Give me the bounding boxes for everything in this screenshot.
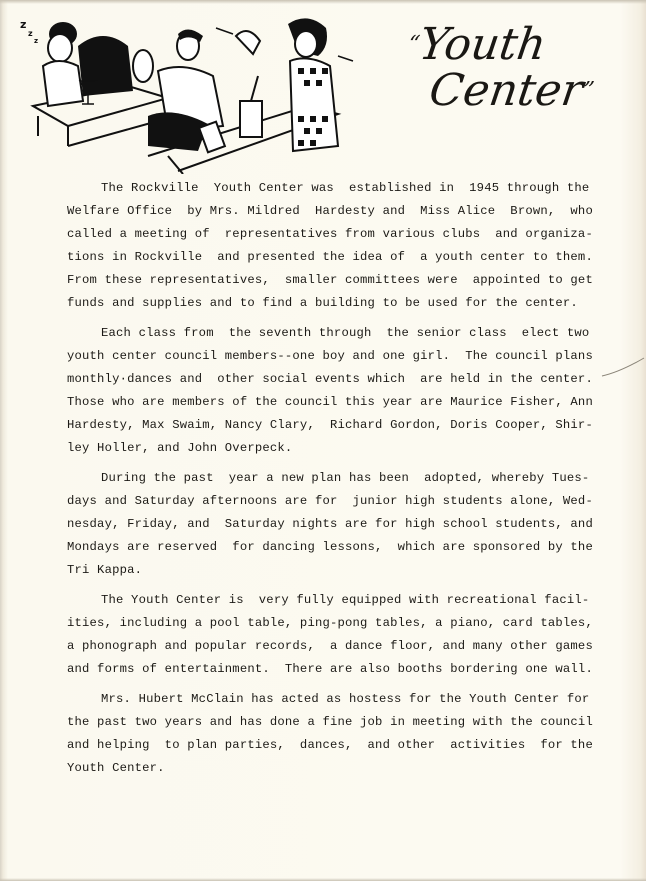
title-line-2: Center: [426, 65, 586, 116]
text-line: During the past year a new plan has been…: [67, 467, 565, 490]
sleeping-boy-figure: z z z: [20, 18, 83, 106]
soda-fountain-cartoon-illustration: z z z: [8, 6, 358, 174]
boy-on-stool-figure: [148, 29, 225, 152]
text-line: Mrs. Hubert McClain has acted as hostess…: [67, 688, 565, 711]
text-line: Tri Kappa.: [67, 559, 565, 582]
text-line: funds and supplies and to find a buildin…: [67, 292, 565, 315]
text-line: The Youth Center is very fully equipped …: [67, 589, 565, 612]
page-title: “Youth Center”: [379, 22, 604, 114]
girl-in-checkered-dress-figure: [236, 18, 338, 151]
svg-text:z: z: [34, 37, 38, 45]
text-line: From these representatives, smaller comm…: [67, 269, 565, 292]
paragraph-1: The Rockville Youth Center was establish…: [67, 177, 565, 315]
pencil-mark: [600, 350, 646, 380]
paragraph-3: During the past year a new plan has been…: [67, 467, 565, 582]
text-line: ley Holler, and John Overpeck.: [67, 437, 565, 460]
text-line: monthly·dances and other social events w…: [67, 368, 565, 391]
text-line: The Rockville Youth Center was establish…: [67, 177, 565, 200]
text-line: youth center council members--one boy an…: [67, 345, 565, 368]
text-line: Each class from the seventh through the …: [67, 322, 565, 345]
title-line-1: Youth: [416, 19, 549, 70]
svg-text:z: z: [28, 29, 33, 38]
text-line: and helping to plan parties, dances, and…: [67, 734, 565, 757]
text-line: days and Saturday afternoons are for jun…: [67, 490, 565, 513]
text-line: Those who are members of the council thi…: [67, 391, 565, 414]
article-body: The Rockville Youth Center was establish…: [67, 177, 565, 787]
text-line: Welfare Office by Mrs. Mildred Hardesty …: [67, 200, 565, 223]
text-line: tions in Rockville and presented the ide…: [67, 246, 565, 269]
svg-text:z: z: [20, 18, 26, 31]
text-line: Hardesty, Max Swaim, Nancy Clary, Richar…: [67, 414, 565, 437]
text-line: nesday, Friday, and Saturday nights are …: [67, 513, 565, 536]
title-close-quote: ”: [581, 78, 596, 103]
text-line: ities, including a pool table, ping-pong…: [67, 612, 565, 635]
text-line: Youth Center.: [67, 757, 565, 780]
yearbook-page: z z z: [0, 0, 646, 881]
text-line: the past two years and has done a fine j…: [67, 711, 565, 734]
paragraph-5: Mrs. Hubert McClain has acted as hostess…: [67, 688, 565, 780]
text-line: Mondays are reserved for dancing lessons…: [67, 536, 565, 559]
paragraph-2: Each class from the seventh through the …: [67, 322, 565, 460]
text-line: a phonograph and popular records, a danc…: [67, 635, 565, 658]
text-line: and forms of entertainment. There are al…: [67, 658, 565, 681]
text-line: called a meeting of representatives from…: [67, 223, 565, 246]
paragraph-4: The Youth Center is very fully equipped …: [67, 589, 565, 681]
